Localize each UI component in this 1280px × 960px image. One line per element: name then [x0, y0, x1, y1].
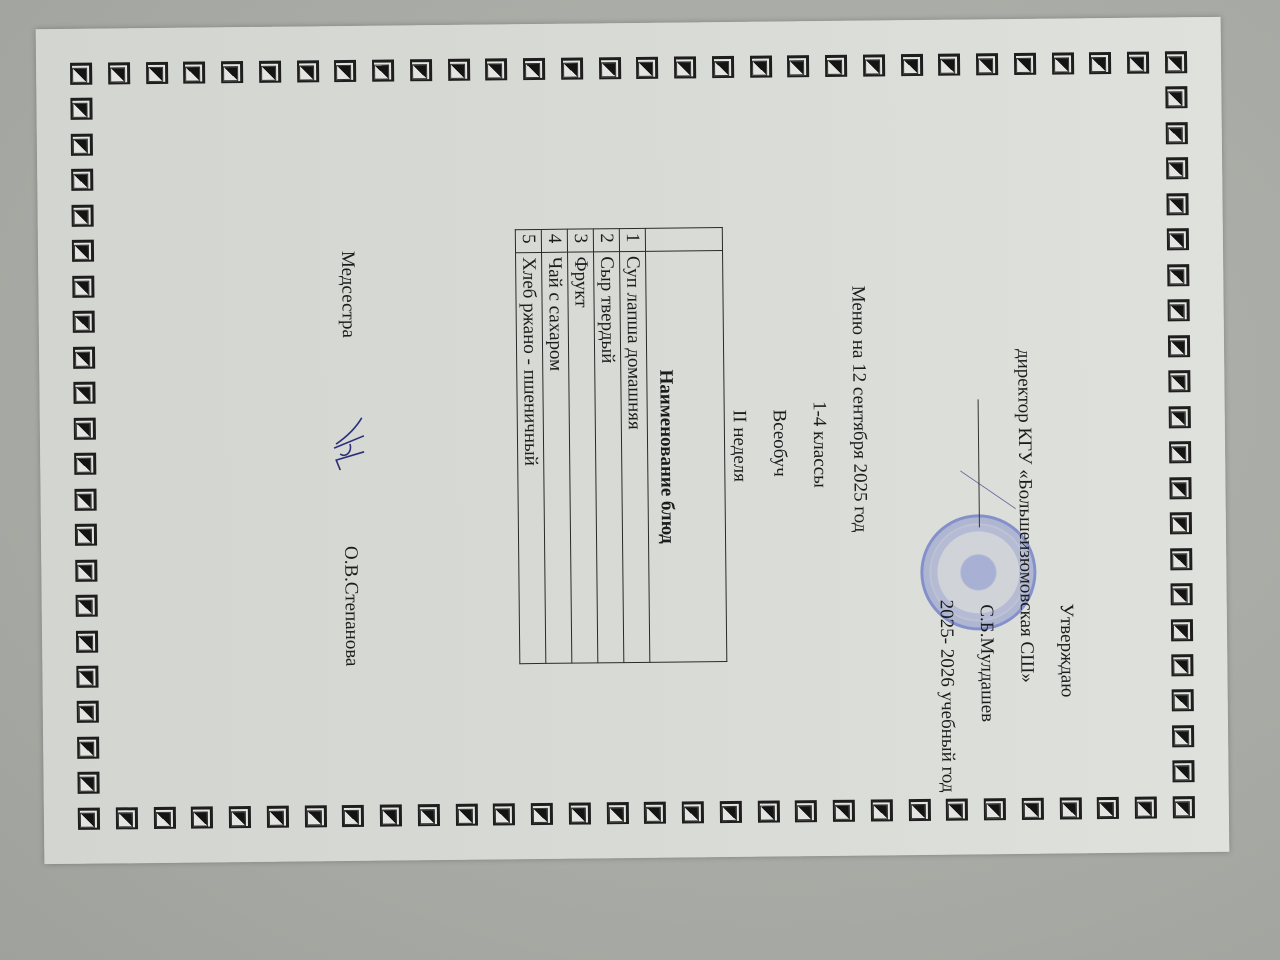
border-ornament-icon: [1172, 761, 1194, 783]
border-ornament-icon: [77, 772, 99, 794]
border-ornament-icon: [1170, 548, 1192, 570]
border-ornament-icon: [410, 59, 432, 81]
border-ornament-icon: [76, 666, 98, 688]
border-ornament-icon: [599, 57, 621, 79]
border-ornament-icon: [448, 59, 470, 81]
border-ornament-icon: [70, 98, 92, 120]
decorative-border-left: [70, 51, 1187, 85]
border-ornament-icon: [674, 56, 696, 78]
border-ornament-icon: [561, 57, 583, 79]
decorative-border-top: [1165, 51, 1195, 818]
table-row: 4Чай с сахаром: [541, 229, 572, 663]
border-ornament-icon: [636, 57, 658, 79]
dish-name: Фрукт: [568, 252, 598, 663]
table-row: 2Сыр твердый: [593, 229, 624, 663]
border-ornament-icon: [297, 60, 319, 82]
signature-line: [978, 399, 996, 527]
border-ornament-icon: [1166, 193, 1188, 215]
border-ornament-icon: [73, 346, 95, 368]
border-ornament-icon: [380, 804, 402, 826]
border-ornament-icon: [146, 62, 168, 84]
border-ornament-icon: [984, 798, 1006, 820]
border-ornament-icon: [75, 524, 97, 546]
border-ornament-icon: [1089, 52, 1111, 74]
border-ornament-icon: [72, 240, 94, 262]
border-ornament-icon: [456, 804, 478, 826]
director-line: директор КГУ «Большеизюмовская СШ»: [1012, 349, 1037, 683]
dish-name: Сыр твердый: [594, 252, 624, 663]
border-ornament-icon: [909, 799, 931, 821]
border-ornament-icon: [1165, 51, 1187, 73]
approved-label: Утверждаю: [1055, 603, 1078, 697]
border-ornament-icon: [372, 59, 394, 81]
row-number: 1: [619, 228, 645, 251]
row-number: 5: [515, 229, 541, 252]
border-ornament-icon: [1169, 441, 1191, 463]
border-ornament-icon: [1168, 370, 1190, 392]
border-ornament-icon: [184, 61, 206, 83]
border-ornament-icon: [863, 54, 885, 76]
border-ornament-icon: [938, 54, 960, 76]
border-ornament-icon: [154, 807, 176, 829]
border-ornament-icon: [305, 805, 327, 827]
border-ornament-icon: [335, 60, 357, 82]
border-ornament-icon: [825, 55, 847, 77]
row-number: 3: [567, 229, 593, 252]
border-ornament-icon: [75, 559, 97, 581]
border-ornament-icon: [531, 803, 553, 825]
border-ornament-icon: [871, 799, 893, 821]
border-ornament-icon: [1060, 797, 1082, 819]
border-ornament-icon: [78, 808, 100, 830]
border-ornament-icon: [1169, 477, 1191, 499]
border-ornament-icon: [1168, 335, 1190, 357]
border-ornament-icon: [1014, 53, 1036, 75]
dish-name: Хлеб ржано - пшеничный: [516, 252, 546, 663]
border-ornament-icon: [1167, 264, 1189, 286]
border-ornament-icon: [73, 382, 95, 404]
border-ornament-icon: [71, 169, 93, 191]
nurse-signature-icon: [330, 414, 371, 474]
border-ornament-icon: [720, 801, 742, 823]
menu-table: Наименование блюд 1Суп лапша домашняя2Сы…: [515, 227, 728, 664]
border-ornament-icon: [493, 803, 515, 825]
director-name: С.Б.Мулдашев: [975, 604, 998, 722]
border-ornament-icon: [1135, 797, 1157, 819]
border-ornament-icon: [758, 800, 780, 822]
border-ornament-icon: [523, 58, 545, 80]
nurse-role: Медсестра: [336, 251, 359, 338]
column-header-number: [645, 228, 722, 252]
border-ornament-icon: [644, 802, 666, 824]
border-ornament-icon: [795, 800, 817, 822]
border-ornament-icon: [116, 807, 138, 829]
border-ornament-icon: [342, 805, 364, 827]
border-ornament-icon: [1167, 229, 1189, 251]
border-ornament-icon: [221, 61, 243, 83]
column-header-dish: Наименование блюд: [646, 251, 727, 663]
border-ornament-icon: [1022, 798, 1044, 820]
border-ornament-icon: [259, 61, 281, 83]
dish-name: Суп лапша домашняя: [620, 251, 650, 662]
border-ornament-icon: [72, 205, 94, 227]
border-ornament-icon: [267, 806, 289, 828]
program-label: Всеобуч: [768, 409, 791, 477]
border-ornament-icon: [76, 595, 98, 617]
border-ornament-icon: [71, 134, 93, 156]
border-ornament-icon: [833, 800, 855, 822]
border-ornament-icon: [1169, 406, 1191, 428]
grades-label: 1-4 классы: [808, 401, 831, 488]
menu-document-page: Утверждаю директор КГУ «Большеизюмовская…: [36, 17, 1230, 864]
border-ornament-icon: [73, 311, 95, 333]
decorative-border-right: [78, 796, 1195, 830]
border-ornament-icon: [712, 56, 734, 78]
border-ornament-icon: [1171, 619, 1193, 641]
border-ornament-icon: [1052, 52, 1074, 74]
border-ornament-icon: [1172, 725, 1194, 747]
academic-year: 2025- 2026 учебный год: [935, 600, 959, 793]
border-ornament-icon: [1166, 158, 1188, 180]
dish-name: Чай с сахаром: [542, 252, 572, 663]
border-ornament-icon: [1170, 512, 1192, 534]
border-ornament-icon: [1166, 122, 1188, 144]
border-ornament-icon: [1168, 299, 1190, 321]
border-ornament-icon: [1172, 690, 1194, 712]
border-ornament-icon: [485, 58, 507, 80]
border-ornament-icon: [77, 701, 99, 723]
border-ornament-icon: [74, 488, 96, 510]
border-ornament-icon: [1165, 87, 1187, 109]
border-ornament-icon: [74, 453, 96, 475]
border-ornament-icon: [1127, 52, 1149, 74]
week-label: II неделя: [728, 410, 751, 482]
border-ornament-icon: [70, 63, 92, 85]
row-number: 4: [541, 229, 567, 252]
border-ornament-icon: [1171, 654, 1193, 676]
table-row: 1Суп лапша домашняя: [619, 228, 650, 662]
border-ornament-icon: [750, 56, 772, 78]
border-ornament-icon: [607, 802, 629, 824]
border-ornament-icon: [108, 62, 130, 84]
table-header-row: Наименование блюд: [645, 228, 727, 663]
border-ornament-icon: [946, 799, 968, 821]
border-ornament-icon: [682, 801, 704, 823]
table-row: 5Хлеб ржано - пшеничный: [515, 229, 546, 663]
border-ornament-icon: [787, 55, 809, 77]
row-number: 2: [593, 229, 619, 252]
border-ornament-icon: [569, 802, 591, 824]
border-ornament-icon: [1173, 796, 1195, 818]
border-ornament-icon: [76, 630, 98, 652]
border-ornament-icon: [191, 806, 213, 828]
border-ornament-icon: [976, 53, 998, 75]
border-ornament-icon: [74, 417, 96, 439]
border-ornament-icon: [1097, 797, 1119, 819]
border-ornament-icon: [901, 54, 923, 76]
border-ornament-icon: [229, 806, 251, 828]
border-ornament-icon: [418, 804, 440, 826]
border-ornament-icon: [77, 737, 99, 759]
nurse-name: О.В.Степанова: [339, 546, 362, 667]
table-row: 3Фрукт: [567, 229, 598, 663]
border-ornament-icon: [1171, 583, 1193, 605]
decorative-border-bottom: [70, 63, 100, 830]
border-ornament-icon: [72, 275, 94, 297]
menu-title: Меню на 12 сентября 2025 год: [846, 286, 871, 533]
